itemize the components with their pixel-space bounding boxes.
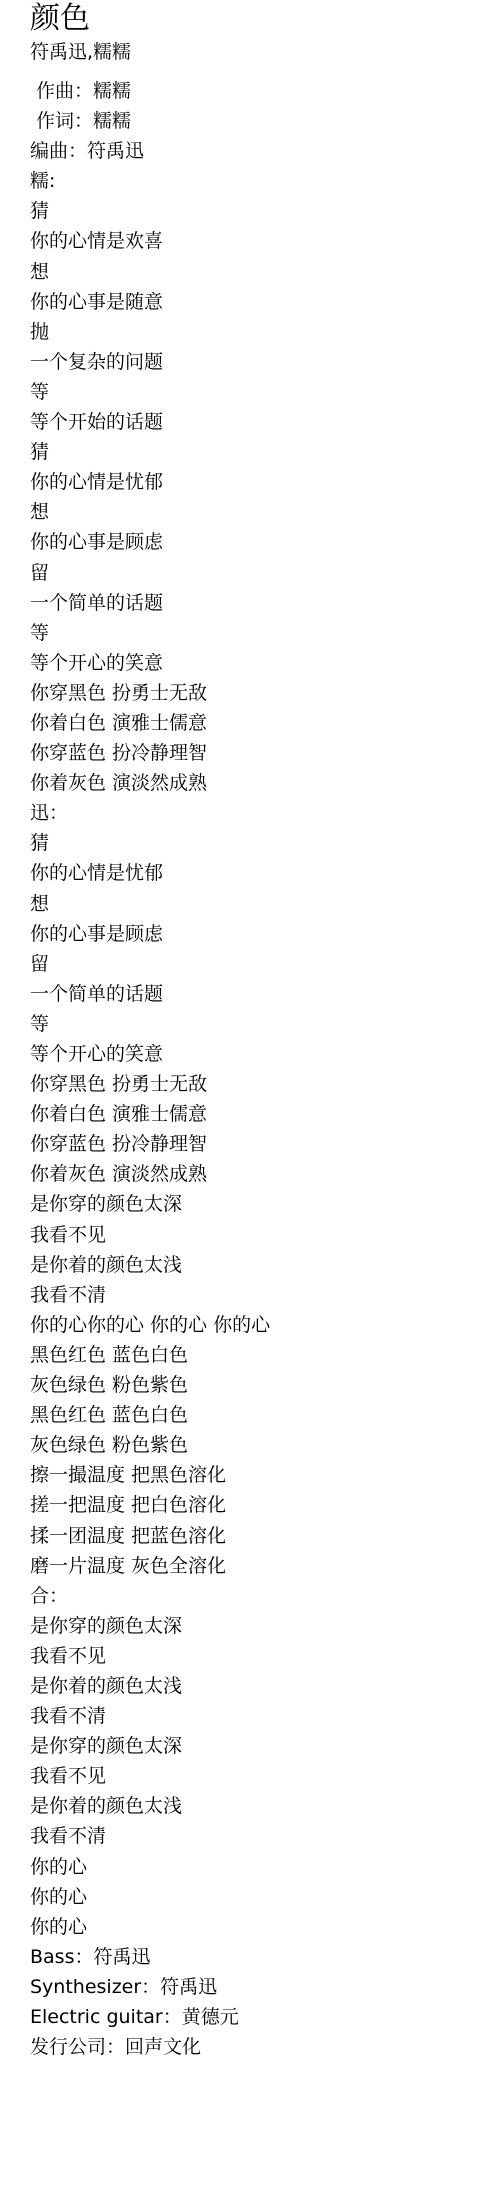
lyric-line: 想	[30, 889, 500, 919]
lyric-line: 等	[30, 377, 500, 407]
lyric-line: 编曲：符禹迅	[30, 136, 500, 166]
lyric-line: 合：	[30, 1581, 500, 1611]
lyric-line: 想	[30, 257, 500, 287]
lyric-line: 猜	[30, 437, 500, 467]
lyric-line: 黑色红色 蓝色白色	[30, 1340, 500, 1370]
lyric-line: 发行公司：回声文化	[30, 2032, 500, 2062]
lyric-line: 你着灰色 演淡然成熟	[30, 768, 500, 798]
lyric-line: 是你穿的颜色太深	[30, 1731, 500, 1761]
lyric-line: 等个开心的笑意	[30, 1039, 500, 1069]
lyric-line: Electric guitar：黄德元	[30, 2002, 500, 2032]
song-artist: 符禹迅,糯糯	[30, 38, 500, 66]
lyric-line: 你的心	[30, 1882, 500, 1912]
lyric-line: 你穿黑色 扮勇士无敌	[30, 1069, 500, 1099]
lyric-line: 是你着的颜色太浅	[30, 1250, 500, 1280]
lyric-line: Synthesizer：符禹迅	[30, 1972, 500, 2002]
lyric-line: 你的心	[30, 1852, 500, 1882]
lyric-line: 我看不清	[30, 1280, 500, 1310]
lyric-line: 搓一把温度 把白色溶化	[30, 1490, 500, 1520]
lyric-line: 磨一片温度 灰色全溶化	[30, 1551, 500, 1581]
lyric-line: 灰色绿色 粉色紫色	[30, 1430, 500, 1460]
lyric-line: 你的心事是随意	[30, 287, 500, 317]
lyric-line: 你的心事是顾虑	[30, 527, 500, 557]
lyric-line: 作词：糯糯	[30, 106, 500, 136]
lyric-line: 等个开心的笑意	[30, 648, 500, 678]
lyric-line: 留	[30, 949, 500, 979]
lyric-line: 你着白色 演雅士儒意	[30, 1099, 500, 1129]
lyric-line: 我看不清	[30, 1821, 500, 1851]
lyric-line: 你的心事是顾虑	[30, 919, 500, 949]
lyric-line: 是你着的颜色太浅	[30, 1671, 500, 1701]
lyric-line: Bass：符禹迅	[30, 1942, 500, 1972]
lyric-line: 一个简单的话题	[30, 979, 500, 1009]
lyric-line: 你着灰色 演淡然成熟	[30, 1159, 500, 1189]
lyric-line: 一个简单的话题	[30, 588, 500, 618]
lyric-line: 我看不清	[30, 1701, 500, 1731]
lyric-line: 擦一撮温度 把黑色溶化	[30, 1460, 500, 1490]
lyric-line: 你的心	[30, 1912, 500, 1942]
lyrics-body: 作曲：糯糯 作词：糯糯编曲：符禹迅糯:猜你的心情是欢喜想你的心事是随意抛一个复杂…	[30, 76, 500, 2062]
lyric-line: 你的心情是欢喜	[30, 226, 500, 256]
lyric-line: 等个开始的话题	[30, 407, 500, 437]
lyric-line: 糯:	[30, 166, 500, 196]
lyric-line: 我看不见	[30, 1761, 500, 1791]
lyric-line: 猜	[30, 196, 500, 226]
lyric-line: 你穿蓝色 扮冷静理智	[30, 1129, 500, 1159]
lyric-line: 等	[30, 1009, 500, 1039]
lyrics-page: 颜色 符禹迅,糯糯 作曲：糯糯 作词：糯糯编曲：符禹迅糯:猜你的心情是欢喜想你的…	[0, 0, 500, 2062]
lyric-line: 我看不见	[30, 1641, 500, 1671]
lyric-line: 想	[30, 497, 500, 527]
lyric-line: 迅：	[30, 798, 500, 828]
lyric-line: 作曲：糯糯	[30, 76, 500, 106]
lyric-line: 你的心情是忧郁	[30, 858, 500, 888]
lyric-line: 是你穿的颜色太深	[30, 1189, 500, 1219]
lyric-line: 是你穿的颜色太深	[30, 1611, 500, 1641]
lyric-line: 猜	[30, 828, 500, 858]
lyric-line: 一个复杂的问题	[30, 347, 500, 377]
lyric-line: 你穿黑色 扮勇士无敌	[30, 678, 500, 708]
lyric-line: 你穿蓝色 扮冷静理智	[30, 738, 500, 768]
lyric-line: 你着白色 演雅士儒意	[30, 708, 500, 738]
song-title: 颜色	[30, 0, 500, 38]
lyric-line: 是你着的颜色太浅	[30, 1791, 500, 1821]
lyric-line: 留	[30, 558, 500, 588]
lyric-line: 我看不见	[30, 1220, 500, 1250]
lyric-line: 抛	[30, 317, 500, 347]
lyric-line: 你的心你的心 你的心 你的心	[30, 1310, 500, 1340]
lyric-line: 等	[30, 618, 500, 648]
lyric-line: 揉一团温度 把蓝色溶化	[30, 1521, 500, 1551]
lyric-line: 灰色绿色 粉色紫色	[30, 1370, 500, 1400]
lyric-line: 黑色红色 蓝色白色	[30, 1400, 500, 1430]
lyric-line: 你的心情是忧郁	[30, 467, 500, 497]
